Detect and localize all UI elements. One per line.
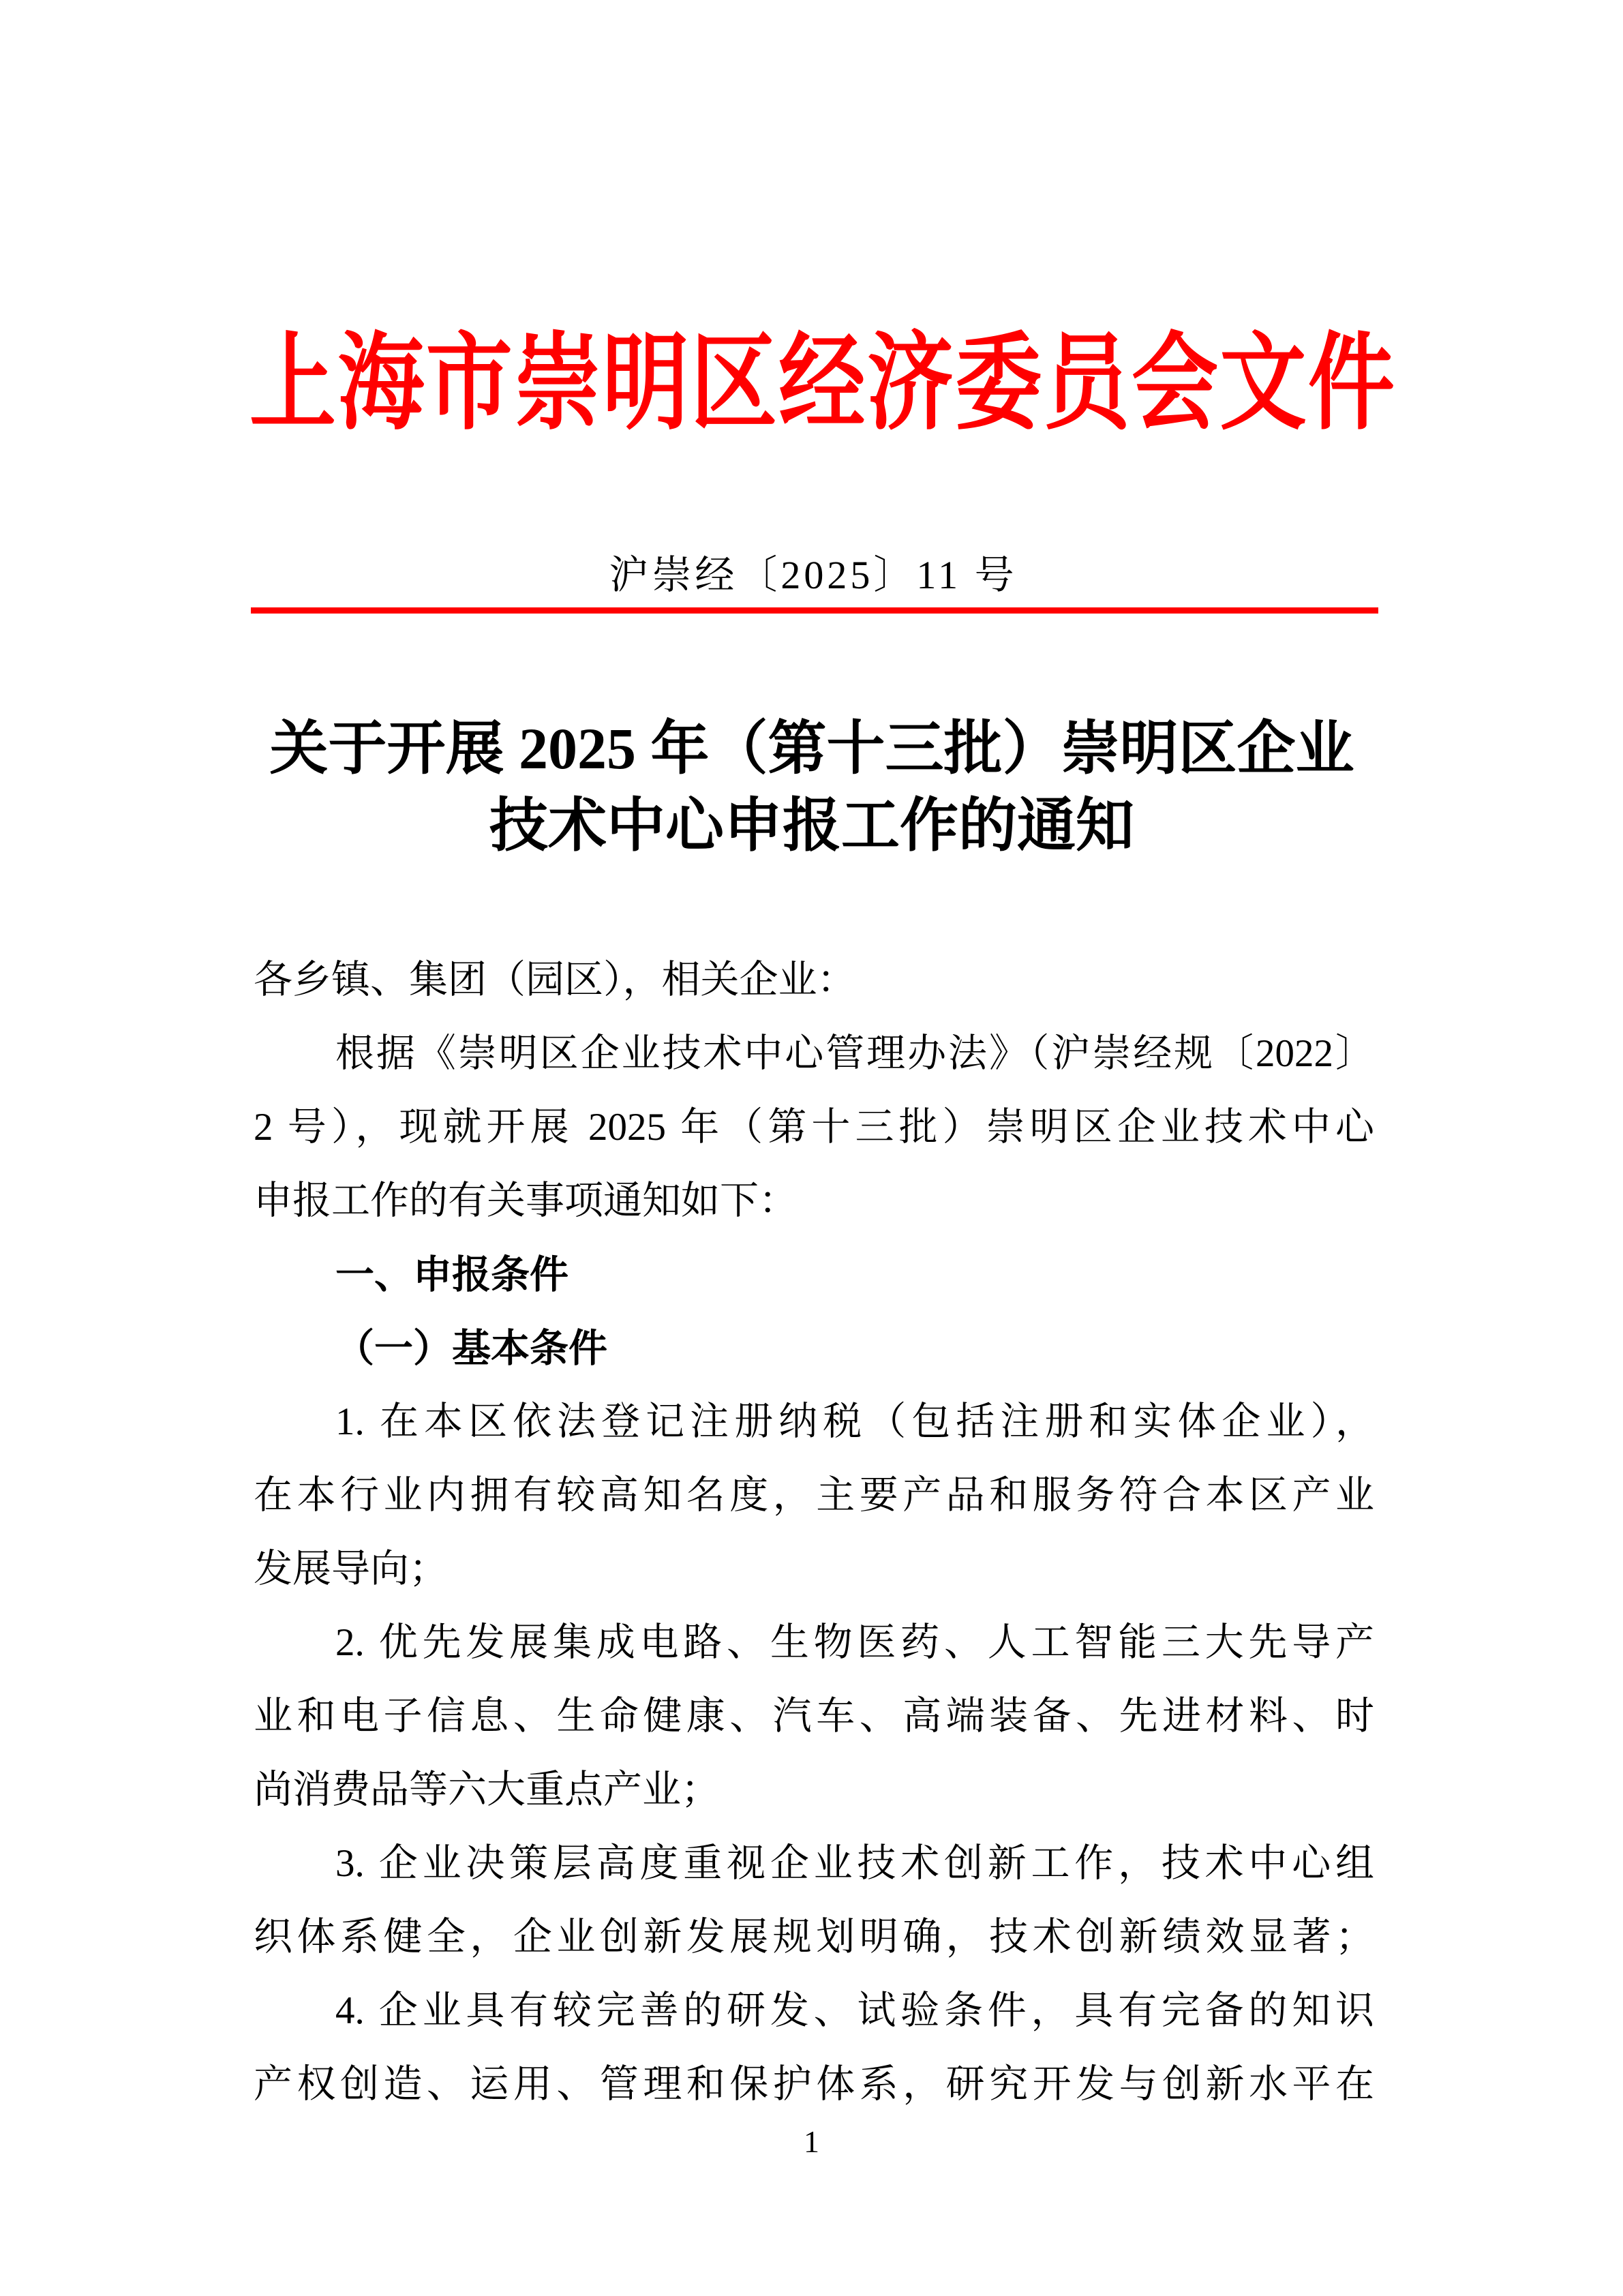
body-line: 根据《崇明区企业技术中心管理办法》（沪崇经规〔2022〕 [254, 1017, 1374, 1091]
agency-title-char: 上 [249, 332, 336, 438]
document-title-line1: 关于开展 2025 年（第十三批）崇明区企业 [236, 710, 1388, 787]
agency-letterhead-title: 上海市崇明区经济委员会文件 [249, 326, 1395, 443]
agency-title-char: 济 [867, 332, 954, 438]
agency-title-char: 区 [691, 332, 777, 438]
page-number: 1 [0, 2121, 1623, 2162]
agency-title-char: 经 [778, 332, 865, 438]
document-page: 上海市崇明区经济委员会文件 沪崇经〔2025〕11 号 关于开展 2025 年（… [0, 0, 1623, 2296]
body-line: 产权创造、运用、管理和保护体系，研究开发与创新水平在 [254, 2048, 1374, 2121]
agency-title-char: 市 [426, 332, 513, 438]
body-line: 1. 在本区依法登记注册纳税（包括注册和实体企业）， [254, 1385, 1374, 1459]
document-number: 沪崇经〔2025〕11 号 [251, 545, 1376, 605]
document-title: 关于开展 2025 年（第十三批）崇明区企业 技术中心申报工作的通知 [236, 710, 1388, 864]
agency-title-char: 委 [955, 332, 1042, 438]
agency-title-char: 海 [337, 332, 424, 438]
body-line: 业和电子信息、生命健康、汽车、高端装备、先进材料、时 [254, 1680, 1374, 1753]
body-heading-line: 一、申报条件 [254, 1238, 1374, 1312]
agency-title-char: 文 [1219, 332, 1306, 438]
body-line: 4. 企业具有较完善的研发、试验条件，具有完备的知识 [254, 1974, 1374, 2048]
agency-title-char: 会 [1132, 332, 1218, 438]
red-divider-line [251, 607, 1378, 614]
body-line: 3. 企业决策层高度重视企业技术创新工作，技术中心组 [254, 1827, 1374, 1901]
body-line: 尚消费品等六大重点产业； [254, 1753, 1374, 1827]
agency-title-char: 员 [1044, 332, 1130, 438]
body-line: 织体系健全，企业创新发展规划明确，技术创新绩效显著； [254, 1901, 1374, 1974]
agency-title-char: 件 [1308, 332, 1395, 438]
body-line: 在本行业内拥有较高知名度，主要产品和服务符合本区产业 [254, 1459, 1374, 1532]
body-line: 2 号），现就开展 2025 年（第十三批）崇明区企业技术中心 [254, 1091, 1374, 1164]
body-line: 2. 优先发展集成电路、生物医药、人工智能三大先导产 [254, 1606, 1374, 1680]
body-line: 申报工作的有关事项通知如下： [254, 1164, 1374, 1238]
body-line: 发展导向； [254, 1532, 1374, 1606]
agency-title-char: 崇 [514, 332, 601, 438]
body-line: 各乡镇、集团（园区），相关企业： [254, 943, 1374, 1017]
body-heading-line: （一）基本条件 [254, 1312, 1374, 1385]
body-text: 各乡镇、集团（园区），相关企业：根据《崇明区企业技术中心管理办法》（沪崇经规〔2… [254, 943, 1374, 2121]
document-title-line2: 技术中心申报工作的通知 [236, 787, 1388, 864]
agency-title-char: 明 [603, 332, 689, 438]
